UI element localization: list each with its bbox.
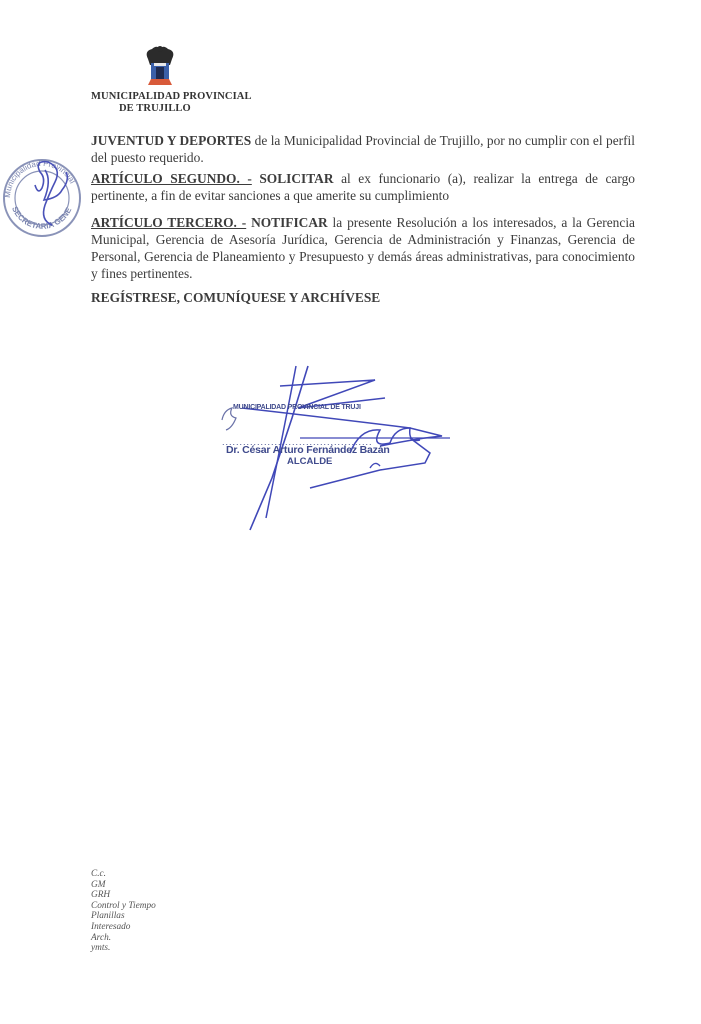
- signatory-title: ALCALDE: [287, 456, 332, 467]
- cc-item: ymts.: [91, 943, 156, 954]
- cc-item: Arch.: [91, 933, 156, 944]
- article-segundo: ARTÍCULO SEGUNDO. - SOLICITAR al ex func…: [91, 170, 635, 204]
- cc-item: Control y Tiempo: [91, 901, 156, 912]
- secretaria-general-seal-icon: Municipalidad Provincial SECRETARIA GENE…: [0, 150, 90, 245]
- cc-item: C.c.: [91, 869, 156, 880]
- cc-item: GM: [91, 880, 156, 891]
- cc-list: C.c. GM GRH Control y Tiempo Planillas I…: [91, 869, 156, 954]
- coat-of-arms-icon: [140, 45, 180, 87]
- paragraph-continuation: JUVENTUD Y DEPORTES de la Municipalidad …: [91, 132, 635, 166]
- stamp-organization: MUNICIPALIDAD PROVINCIAL DE TRUJI: [233, 404, 361, 411]
- organization-header: MUNICIPALIDAD PROVINCIAL DE TRUJILLO: [91, 91, 252, 115]
- cc-item: Planillas: [91, 911, 156, 922]
- org-name-line1: MUNICIPALIDAD PROVINCIAL: [91, 91, 252, 103]
- article-verb: SOLICITAR: [259, 171, 333, 186]
- closing-statement: REGÍSTRESE, COMUNÍQUESE Y ARCHÍVESE: [91, 289, 635, 306]
- org-name-line2: DE TRUJILLO: [91, 103, 252, 115]
- svg-text:Municipalidad Provincial: Municipalidad Provincial: [3, 159, 77, 198]
- article-verb: NOTIFICAR: [251, 215, 328, 230]
- department-name: JUVENTUD Y DEPORTES: [91, 133, 251, 148]
- article-tercero: ARTÍCULO TERCERO. - NOTIFICAR la present…: [91, 214, 635, 282]
- cc-item: GRH: [91, 890, 156, 901]
- article-heading: ARTÍCULO TERCERO. -: [91, 215, 246, 230]
- article-heading: ARTÍCULO SEGUNDO. -: [91, 171, 252, 186]
- cc-item: Interesado: [91, 922, 156, 933]
- signatory-name: Dr. César Arturo Fernández Bazán: [226, 444, 390, 456]
